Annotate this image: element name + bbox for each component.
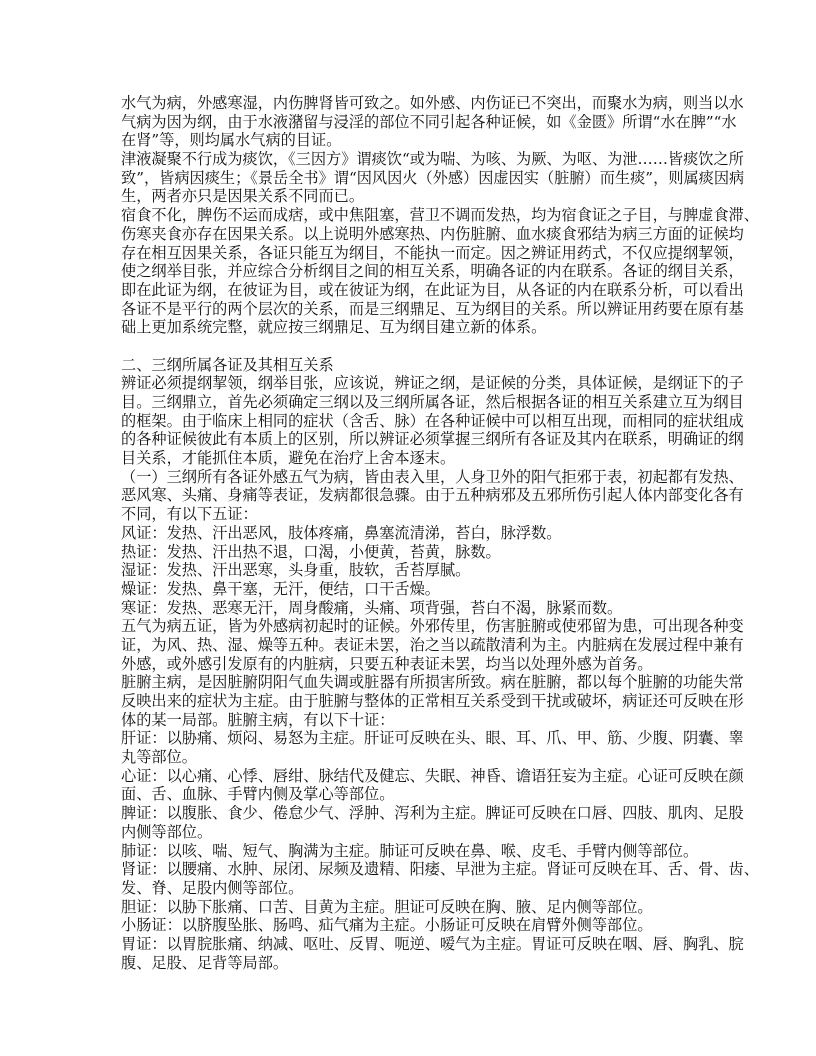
paragraph-gan: 肝证：以胁痛、烦闷、易怒为主症。肝证可反映在头、眼、耳、爪、甲、筋、少腹、阴囊、…: [121, 729, 698, 766]
paragraph-dan: 胆证：以胁下胀痛、口苦、目黄为主症。胆证可反映在胸、腋、足内侧等部位。: [121, 898, 698, 917]
text-line: 腹、足股、足背等局部。: [121, 954, 698, 973]
paragraph-waigan: （一）三纲所有各证外感五气为病，皆由表入里，人身卫外的阳气拒邪于表，初起都有发热…: [121, 468, 698, 524]
text-line: 恶风寒、头痛、身痛等表证，发病都很急骤。由于五种病邪及五邪所伤引起人体内部变化各…: [121, 486, 698, 505]
text-line: 肝证：以胁痛、烦闷、易怒为主症。肝证可反映在头、眼、耳、爪、甲、筋、少腹、阴囊、…: [121, 729, 698, 748]
paragraph-shen: 肾证：以腰痛、水肿、尿闭、尿频及遗精、阳痿、早泄为主症。肾证可反映在耳、舌、骨、…: [121, 860, 698, 897]
paragraph-zao: 燥证：发热、鼻干塞，无汗，便结，口干舌燥。: [121, 580, 698, 599]
section-body: 辨证必须提纲挈领，纲举目张，应该说，辨证之纲，是证候的分类，具体证候，是纲证下的…: [121, 374, 698, 972]
text-line: 脾证：以腹胀、食少、倦怠少气、浮肿、泻利为主症。脾证可反映在口唇、四肢、肌肉、足…: [121, 804, 698, 823]
text-line: 各证不是平行的两个层次的关系，而是三纲鼎足、互为纲目的关系。所以辨证用药要在原有…: [121, 300, 698, 319]
text-line: （一）三纲所有各证外感五气为病，皆由表入里，人身卫外的阳气拒邪于表，初起都有发热…: [121, 468, 698, 487]
paragraph-zangfu: 脏腑主病，是因脏腑阴阳气血失调或脏器有所损害所致。病在脏腑，都以每个脏腑的功能失…: [121, 673, 698, 729]
text-line: 即在此证为纲，在彼证为目，或在彼证为纲，在此证为目，从各证的内在联系分析，可以看…: [121, 281, 698, 300]
text-line: 湿证：发热、汗出恶寒，头身重，肢软，舌苔厚腻。: [121, 561, 698, 580]
text-line: 气病为因为纲，由于水液潴留与浸淫的部位不同引起各种证候，如《金匮》所谓“水在脾”…: [121, 113, 698, 132]
text-line: 胆证：以胁下胀痛、口苦、目黄为主症。胆证可反映在胸、腋、足内侧等部位。: [121, 898, 698, 917]
text-line: 热证：发热、汗出热不退，口渴，小便黄，苔黄，脉数。: [121, 543, 698, 562]
paragraph-feng: 风证：发热、汗出恶风，肢体疼痛，鼻塞流清涕，苔白，脉浮数。: [121, 524, 698, 543]
text-line: 发、脊、足股内侧等部位。: [121, 879, 698, 898]
blank-line: [121, 337, 698, 356]
intro-section: 水气为病，外感寒湿，内伤脾肾皆可致之。如外感、内伤证已不突出，而聚水为病，则当以…: [121, 94, 698, 337]
text-line: 心证：以心痛、心悸、唇绀、脉结代及健忘、失眠、神昏、谵语狂妄为主症。心证可反映在…: [121, 767, 698, 786]
text-line: 使之纲举目张，并应综合分析纲目之间的相互关系，明确各证的内在联系。各证的纲目关系…: [121, 262, 698, 281]
text-line: 肾证：以腰痛、水肿、尿闭、尿频及遗精、阳痿、早泄为主症。肾证可反映在耳、舌、骨、…: [121, 860, 698, 879]
text-line: 生，两者亦只是因果关系不同而已。: [121, 187, 698, 206]
text-line: 致”，皆病因痰生；《景岳全书》谓“因风因火（外感）因虚因实（脏腑）而生痰”，则属…: [121, 169, 698, 188]
text-line: 外感，或外感引发原有的内脏病，只要五种表证未罢，均当以处理外感为首务。: [121, 655, 698, 674]
text-line: 宿食不化，脾伤不运而成痞，或中焦阻塞，营卫不调而发热，均为宿食证之子目，与脾虚食…: [121, 206, 698, 225]
paragraph-tanyin: 津液凝聚不行成为痰饮，《三因方》谓痰饮“或为喘、为咳、为厥、为呕、为泄……皆痰饮…: [121, 150, 698, 206]
text-line: 五气为病五证，皆为外感病初起时的证候。外邪传里，伤害脏腑或使邪留为患，可出现各种…: [121, 617, 698, 636]
text-line: 小肠证：以脐腹坠胀、肠鸣、疝气痛为主症。小肠证可反映在肩臂外侧等部位。: [121, 916, 698, 935]
paragraph-shuiqi: 水气为病，外感寒湿，内伤脾肾皆可致之。如外感、内伤证已不突出，而聚水为病，则当以…: [121, 94, 698, 150]
paragraph-pi: 脾证：以腹胀、食少、倦怠少气、浮肿、泻利为主症。脾证可反映在口唇、四肢、肌肉、足…: [121, 804, 698, 841]
text-line: 伤寒夹食亦存在因果关系。以上说明外感寒热、内伤脏腑、血水痰食邪结为病三方面的证候…: [121, 225, 698, 244]
text-line: 肺证：以咳、喘、短气、胸满为主症。肺证可反映在鼻、喉、皮毛、手臂内侧等部位。: [121, 842, 698, 861]
document-page: 水气为病，外感寒湿，内伤脾肾皆可致之。如外感、内伤证已不突出，而聚水为病，则当以…: [121, 94, 698, 972]
text-line: 面、舌、血脉、手臂内侧及掌心等部位。: [121, 785, 698, 804]
text-line: 在肾”等，则均属水气病的目证。: [121, 131, 698, 150]
text-line: 辨证必须提纲挈领，纲举目张，应该说，辨证之纲，是证候的分类，具体证候，是纲证下的…: [121, 374, 698, 393]
text-line: 目。三纲鼎立，首先必须确定三纲以及三纲所属各证，然后根据各证的相互关系建立互为纲…: [121, 393, 698, 412]
text-line: 的框架。由于临床上相同的症状（含舌、脉）在各种证候中可以相互出现，而相同的症状组…: [121, 412, 698, 431]
paragraph-shi: 湿证：发热、汗出恶寒，头身重，肢软，舌苔厚腻。: [121, 561, 698, 580]
text-line: 水气为病，外感寒湿，内伤脾肾皆可致之。如外感、内伤证已不突出，而聚水为病，则当以…: [121, 94, 698, 113]
paragraph-han: 寒证：发热、恶寒无汗，周身酸痛，头痛、项背强，苔白不渴，脉紧而数。: [121, 599, 698, 618]
text-line: 风证：发热、汗出恶风，肢体疼痛，鼻塞流清涕，苔白，脉浮数。: [121, 524, 698, 543]
text-line: 丸等部位。: [121, 748, 698, 767]
text-line: 不同，有以下五证：: [121, 505, 698, 524]
text-line: 目关系，才能抓住本质，避免在治疗上舍本逐末。: [121, 449, 698, 468]
paragraph-re: 热证：发热、汗出热不退，口渴，小便黄，苔黄，脉数。: [121, 543, 698, 562]
text-line: 内侧等部位。: [121, 823, 698, 842]
text-line: 的各种证候彼此有本质上的区别，所以辨证必须掌握三纲所有各证及其内在联系，明确证的…: [121, 430, 698, 449]
text-line: 证，为风、热、湿、燥等五种。表证未罢，治之当以疏散清利为主。内脏病在发展过程中兼…: [121, 636, 698, 655]
text-line: 胃证：以胃脘胀痛、纳减、呕吐、反胃、呃逆、嗳气为主症。胃证可反映在咽、唇、胸乳、…: [121, 935, 698, 954]
paragraph-wei: 胃证：以胃脘胀痛、纳减、呕吐、反胃、呃逆、嗳气为主症。胃证可反映在咽、唇、胸乳、…: [121, 935, 698, 972]
paragraph-xin: 心证：以心痛、心悸、唇绀、脉结代及健忘、失眠、神昏、谵语狂妄为主症。心证可反映在…: [121, 767, 698, 804]
text-line: 脏腑主病，是因脏腑阴阳气血失调或脏器有所损害所致。病在脏腑，都以每个脏腑的功能失…: [121, 673, 698, 692]
text-line: 津液凝聚不行成为痰饮，《三因方》谓痰饮“或为喘、为咳、为厥、为呕、为泄……皆痰饮…: [121, 150, 698, 169]
section-heading: 二、三纲所属各证及其相互关系: [121, 356, 698, 375]
text-line: 础上更加系统完整，就应按三纲鼎足、互为纲目建立新的体系。: [121, 318, 698, 337]
text-line: 燥证：发热、鼻干塞，无汗，便结，口干舌燥。: [121, 580, 698, 599]
paragraph-fei: 肺证：以咳、喘、短气、胸满为主症。肺证可反映在鼻、喉、皮毛、手臂内侧等部位。: [121, 842, 698, 861]
text-line: 体的某一局部。脏腑主病，有以下十证：: [121, 711, 698, 730]
text-line: 反映出来的症状为主症。由于脏腑与整体的正常相互关系受到干扰或破坏，病证还可反映在…: [121, 692, 698, 711]
paragraph-xiaochang: 小肠证：以脐腹坠胀、肠鸣、疝气痛为主症。小肠证可反映在肩臂外侧等部位。: [121, 916, 698, 935]
paragraph-sushi: 宿食不化，脾伤不运而成痞，或中焦阻塞，营卫不调而发热，均为宿食证之子目，与脾虚食…: [121, 206, 698, 337]
text-line: 存在相互因果关系，各证只能互为纲目，不能执一而定。因之辨证用药式，不仅应提纲挈领…: [121, 244, 698, 263]
text-line: 寒证：发热、恶寒无汗，周身酸痛，头痛、项背强，苔白不渴，脉紧而数。: [121, 599, 698, 618]
paragraph-wuqi: 五气为病五证，皆为外感病初起时的证候。外邪传里，伤害脏腑或使邪留为患，可出现各种…: [121, 617, 698, 673]
paragraph-bianzheng: 辨证必须提纲挈领，纲举目张，应该说，辨证之纲，是证候的分类，具体证候，是纲证下的…: [121, 374, 698, 467]
